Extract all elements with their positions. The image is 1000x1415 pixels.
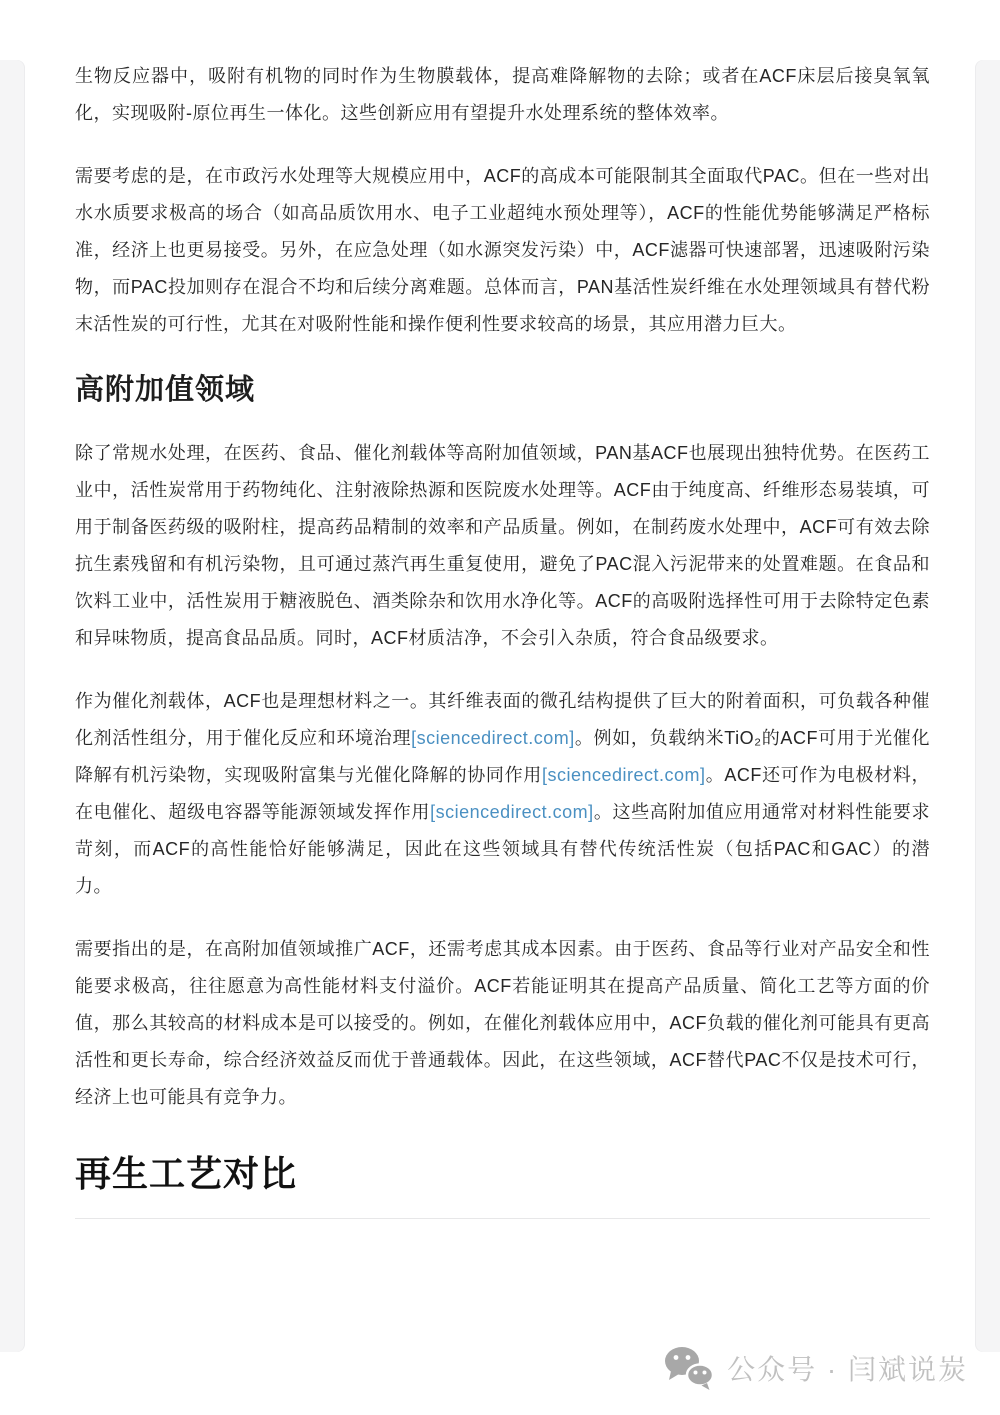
watermark: 公众号 · 闫斌说炭 bbox=[663, 1345, 968, 1391]
section-heading-regeneration: 再生工艺对比 bbox=[75, 1152, 930, 1196]
right-page-edge bbox=[975, 60, 1000, 1352]
sciencedirect-link-1[interactable]: [sciencedirect.com] bbox=[411, 728, 575, 748]
section-heading-high-value: 高附加值领域 bbox=[75, 369, 930, 411]
left-page-edge bbox=[0, 60, 25, 1352]
wechat-icon bbox=[663, 1345, 715, 1391]
paragraph-catalyst-carrier: 作为催化剂载体，ACF也是理想材料之一。其纤维表面的微孔结构提供了巨大的附着面积… bbox=[75, 683, 930, 905]
watermark-text: 公众号 · 闫斌说炭 bbox=[727, 1348, 968, 1388]
paragraph-cost-consideration: 需要考虑的是，在市政污水处理等大规模应用中，ACF的高成本可能限制其全面取代PA… bbox=[75, 158, 930, 343]
sciencedirect-link-3[interactable]: [sciencedirect.com] bbox=[430, 802, 594, 822]
section-divider bbox=[75, 1218, 930, 1219]
sciencedirect-link-2[interactable]: [sciencedirect.com] bbox=[542, 765, 706, 785]
paragraph-cost-factors: 需要指出的是，在高附加值领域推广ACF，还需考虑其成本因素。由于医药、食品等行业… bbox=[75, 931, 930, 1116]
paragraph-bioreactor: 生物反应器中，吸附有机物的同时作为生物膜载体，提高难降解物的去除；或者在ACF床… bbox=[75, 58, 930, 132]
paragraph-high-value-fields: 除了常规水处理，在医药、食品、催化剂载体等高附加值领域，PAN基ACF也展现出独… bbox=[75, 435, 930, 657]
article-content: 生物反应器中，吸附有机物的同时作为生物膜载体，提高难降解物的去除；或者在ACF床… bbox=[75, 58, 930, 1219]
